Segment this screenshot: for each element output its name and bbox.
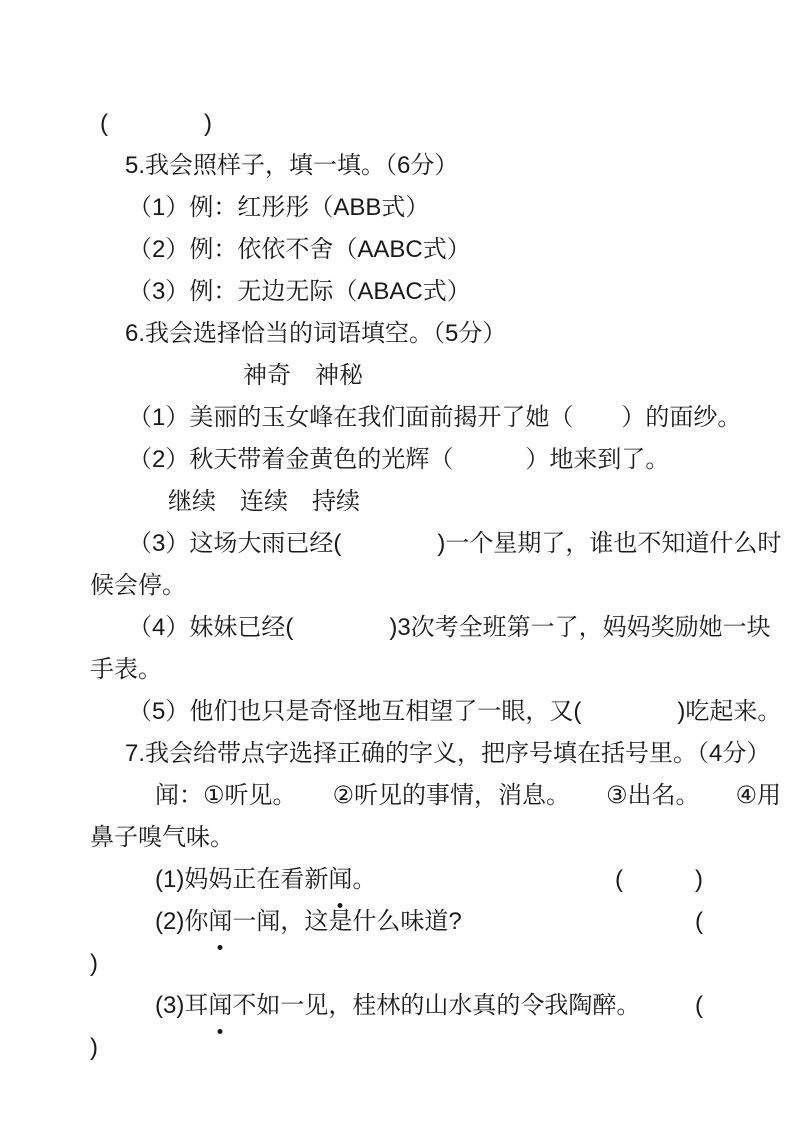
test-paper-body: ( ) 5.我会照样子，填一填。（6分） （1）例：红彤彤（ABB式） （2）例… bbox=[90, 103, 703, 1069]
q6-title: 6.我会选择恰当的词语填空。（5分） bbox=[90, 313, 703, 355]
q7-item-3-text-post: 不如一见，桂林的山水真的令我陶醉。 bbox=[232, 985, 640, 1027]
q7-definitions-line-1: 闻：①听见。 ②听见的事情，消息。 ③出名。 ④用 bbox=[90, 775, 703, 817]
q6-item-4-line-1: （4）妹妹已经( )3次考全班第一了，妈妈奖励她一块 bbox=[90, 607, 703, 649]
q6-word-bank-2: 继续 连续 持续 bbox=[90, 481, 703, 523]
q7-definitions-line-2: 鼻子嗅气味。 bbox=[90, 817, 703, 859]
q6-item-4-line-2: 手表。 bbox=[90, 649, 703, 691]
q7-item-1-dotted-char: 闻 bbox=[328, 859, 352, 901]
q7-item-2-answer-bracket-close: ) bbox=[90, 943, 703, 985]
orphan-answer-bracket: ( ) bbox=[90, 103, 703, 145]
q7-item-2-text-post: 一闻，这是什么味道? bbox=[232, 901, 461, 943]
q7-item-3-answer-bracket-close: ) bbox=[90, 1027, 703, 1069]
q6-item-1: （1）美丽的玉女峰在我们面前揭开了她（ ）的面纱。 bbox=[90, 397, 703, 439]
q7-item-2: (2)你闻一闻，这是什么味道? ( bbox=[90, 901, 703, 943]
q5-item-3: （3）例：无边无际（ABAC式） bbox=[90, 271, 703, 313]
document-page: ( ) 5.我会照样子，填一填。（6分） （1）例：红彤彤（ABB式） （2）例… bbox=[0, 0, 793, 1122]
q7-title: 7.我会给带点字选择正确的字义，把序号填在括号里。（4分） bbox=[90, 733, 703, 775]
q7-item-1: (1)妈妈正在看新闻。 ( ) bbox=[90, 859, 703, 901]
q7-item-1-text-pre: (1)妈妈正在看新 bbox=[155, 859, 328, 901]
q7-item-2-dotted-char: 闻 bbox=[208, 901, 232, 943]
q7-item-1-answer-bracket: ( ) bbox=[615, 859, 703, 901]
q5-item-2: （2）例：依依不舍（AABC式） bbox=[90, 229, 703, 271]
q7-item-2-text-pre: (2)你 bbox=[155, 901, 208, 943]
q7-item-1-text-post: 。 bbox=[352, 859, 376, 901]
q7-item-3-answer-bracket-open: ( bbox=[695, 985, 703, 1027]
q5-item-1: （1）例：红彤彤（ABB式） bbox=[90, 187, 703, 229]
q7-item-3-text-pre: (3)耳 bbox=[155, 985, 208, 1027]
q6-item-5: （5）他们也只是奇怪地互相望了一眼，又( )吃起来。 bbox=[90, 691, 703, 733]
q6-item-3-line-2: 候会停。 bbox=[90, 565, 703, 607]
q7-item-3-dotted-char: 闻 bbox=[208, 985, 232, 1027]
q5-title: 5.我会照样子，填一填。（6分） bbox=[90, 145, 703, 187]
q6-word-bank-1: 神奇 神秘 bbox=[90, 355, 703, 397]
q7-item-3: (3)耳闻不如一见，桂林的山水真的令我陶醉。 ( bbox=[90, 985, 703, 1027]
q6-item-3-line-1: （3）这场大雨已经( )一个星期了，谁也不知道什么时 bbox=[90, 523, 703, 565]
q7-item-2-answer-bracket-open: ( bbox=[695, 901, 703, 943]
q6-item-2: （2）秋天带着金黄色的光辉（ ）地来到了。 bbox=[90, 439, 703, 481]
